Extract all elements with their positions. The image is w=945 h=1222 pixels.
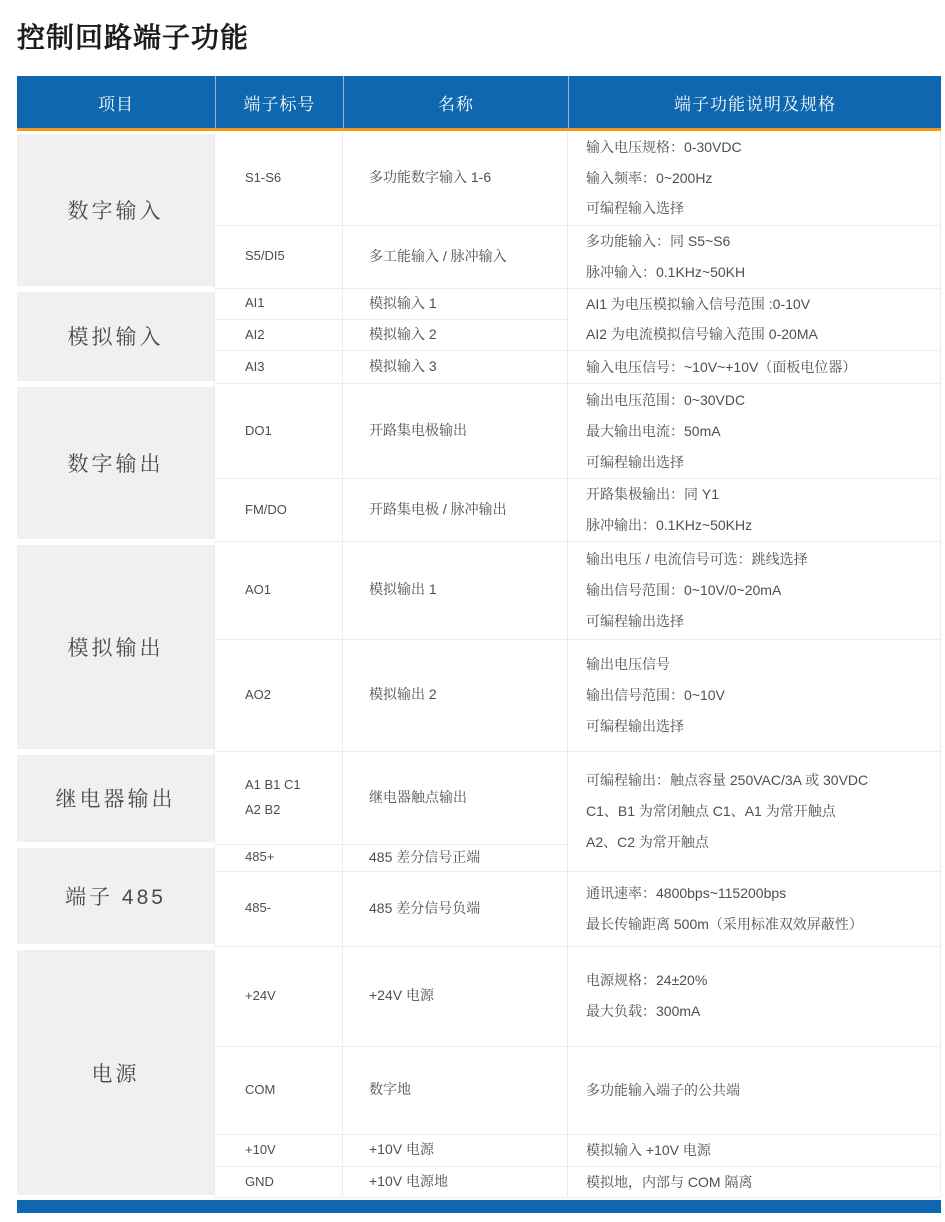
footer-accent-bar xyxy=(17,1200,941,1213)
terminal-cell: +10V xyxy=(215,1135,343,1167)
terminal-cell: AI2 xyxy=(215,320,343,351)
spec-cell: 输入电压信号：~10V~+10V（面板电位器） xyxy=(568,351,941,384)
name-cell: 模拟输出 1 xyxy=(343,542,568,640)
terminal-cell: S5/DI5 xyxy=(215,226,343,289)
terminal-cell: AI3 xyxy=(215,351,343,384)
page-title: 控制回路端子功能 xyxy=(17,18,945,58)
spec-cell: 输出电压信号 输出信号范围：0~10V 可编程输出选择 xyxy=(568,640,941,752)
spec-cell: AI1 为电压模拟输入信号范围 :0-10V AI2 为电流模拟信号输入范围 0… xyxy=(568,289,941,352)
name-cell: 多工能输入 / 脉冲输入 xyxy=(343,226,568,289)
col-header-item: 项目 xyxy=(17,76,215,131)
name-cell: +24V 电源 xyxy=(343,947,568,1047)
name-cell: 模拟输入 2 xyxy=(343,320,568,351)
col-header-terminal: 端子标号 xyxy=(215,76,343,131)
table-row: 模拟输入 AI1 模拟输入 1 AI1 为电压模拟输入信号范围 :0-10V A… xyxy=(17,289,941,320)
table-row: 继电器输出 A1 B1 C1 A2 B2 继电器触点输出 可编程输出：触点容量 … xyxy=(17,752,941,845)
spec-cell: 输入电压规格：0-30VDC 输入频率：0~200Hz 可编程输入选择 xyxy=(568,131,941,226)
name-cell: 数字地 xyxy=(343,1047,568,1135)
name-cell: 485 差分信号负端 xyxy=(343,872,568,947)
terminal-cell: S1-S6 xyxy=(215,131,343,226)
name-cell: 开路集电极 / 脉冲输出 xyxy=(343,479,568,542)
name-cell: 模拟输入 3 xyxy=(343,351,568,384)
group-cell-analog-input: 模拟输入 xyxy=(17,289,215,385)
terminal-cell: AO1 xyxy=(215,542,343,640)
spec-cell: 输出电压 / 电流信号可选：跳线选择 输出信号范围：0~10V/0~20mA 可… xyxy=(568,542,941,640)
col-header-name: 名称 xyxy=(343,76,568,131)
name-cell: 继电器触点输出 xyxy=(343,752,568,845)
spec-cell: 多功能输入：同 S5~S6 脉冲输入：0.1KHz~50KH xyxy=(568,226,941,289)
name-cell: 模拟输入 1 xyxy=(343,289,568,320)
spec-cell: 多功能输入端子的公共端 xyxy=(568,1047,941,1135)
name-cell: +10V 电源地 xyxy=(343,1167,568,1199)
table-row: 模拟输出 AO1 模拟输出 1 输出电压 / 电流信号可选：跳线选择 输出信号范… xyxy=(17,542,941,640)
terminal-cell: AI1 xyxy=(215,289,343,320)
table-row: 数字输出 DO1 开路集电极输出 输出电压范围：0~30VDC 最大输出电流：5… xyxy=(17,384,941,479)
terminal-cell: +24V xyxy=(215,947,343,1047)
spec-cell: 模拟地，内部与 COM 隔离 xyxy=(568,1167,941,1199)
spec-cell: 可编程输出：触点容量 250VAC/3A 或 30VDC C1、B1 为常闭触点… xyxy=(568,752,941,872)
col-header-spec: 端子功能说明及规格 xyxy=(568,76,941,131)
group-cell-relay-output: 继电器输出 xyxy=(17,752,215,845)
spec-cell: 模拟输入 +10V 电源 xyxy=(568,1135,941,1167)
table-row: 电源 +24V +24V 电源 电源规格：24±20% 最大负载：300mA xyxy=(17,947,941,1047)
terminal-cell: COM xyxy=(215,1047,343,1135)
terminal-function-table: 项目 端子标号 名称 端子功能说明及规格 数字输入 S1-S6 多功能数字输入 … xyxy=(17,76,941,1198)
terminal-cell: 485- xyxy=(215,872,343,947)
terminal-cell: AO2 xyxy=(215,640,343,752)
name-cell: +10V 电源 xyxy=(343,1135,568,1167)
terminal-cell: FM/DO xyxy=(215,479,343,542)
name-cell: 多功能数字输入 1-6 xyxy=(343,131,568,226)
group-cell-digital-input: 数字输入 xyxy=(17,131,215,289)
name-cell: 485 差分信号正端 xyxy=(343,845,568,872)
group-cell-terminal-485: 端子 485 xyxy=(17,845,215,947)
group-cell-digital-output: 数字输出 xyxy=(17,384,215,542)
name-cell: 开路集电极输出 xyxy=(343,384,568,479)
group-cell-analog-output: 模拟输出 xyxy=(17,542,215,752)
spec-cell: 通讯速率：4800bps~115200bps 最长传输距离 500m（采用标准双… xyxy=(568,872,941,947)
terminal-cell: 485+ xyxy=(215,845,343,872)
spec-cell: 输出电压范围：0~30VDC 最大输出电流：50mA 可编程输出选择 xyxy=(568,384,941,479)
terminal-cell: DO1 xyxy=(215,384,343,479)
terminal-cell: A1 B1 C1 A2 B2 xyxy=(215,752,343,845)
spec-cell: 开路集极输出：同 Y1 脉冲输出：0.1KHz~50KHz xyxy=(568,479,941,542)
terminal-cell: GND xyxy=(215,1167,343,1199)
page: 控制回路端子功能 项目 端子标号 名称 端子功能说明及规格 数字输入 S1-S6… xyxy=(0,18,945,1222)
spec-cell: 电源规格：24±20% 最大负载：300mA xyxy=(568,947,941,1047)
group-cell-power: 电源 xyxy=(17,947,215,1199)
table-header-row: 项目 端子标号 名称 端子功能说明及规格 xyxy=(17,76,941,131)
table-row: 数字输入 S1-S6 多功能数字输入 1-6 输入电压规格：0-30VDC 输入… xyxy=(17,131,941,226)
name-cell: 模拟输出 2 xyxy=(343,640,568,752)
